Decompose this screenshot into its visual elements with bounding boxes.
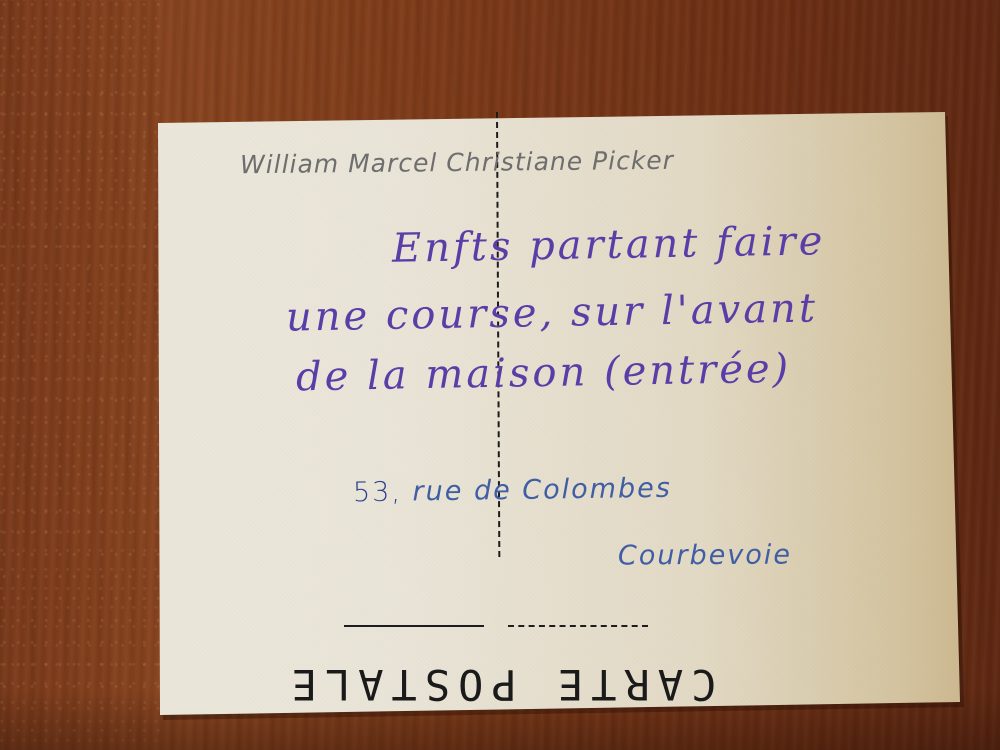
printed-carte-postale-title: CARTE POSTALE bbox=[250, 660, 750, 709]
printed-rule-left bbox=[344, 625, 484, 627]
message-line-3: de la maison (entrée) bbox=[296, 346, 792, 401]
message-line-1: Enfts partant faire bbox=[392, 218, 826, 272]
address-number: 53, bbox=[353, 477, 402, 509]
address-city: Courbevoie bbox=[618, 540, 792, 572]
address-street-line: 53, rue de Colombes bbox=[353, 473, 672, 508]
wood-grain-texture bbox=[0, 0, 160, 750]
printed-rule-right bbox=[508, 625, 648, 627]
pencil-names-note: William Marcel Christiane Picker bbox=[240, 146, 674, 180]
message-line-2: une course, sur l'avant bbox=[286, 285, 819, 340]
address-street: rue de Colombes bbox=[412, 473, 672, 508]
